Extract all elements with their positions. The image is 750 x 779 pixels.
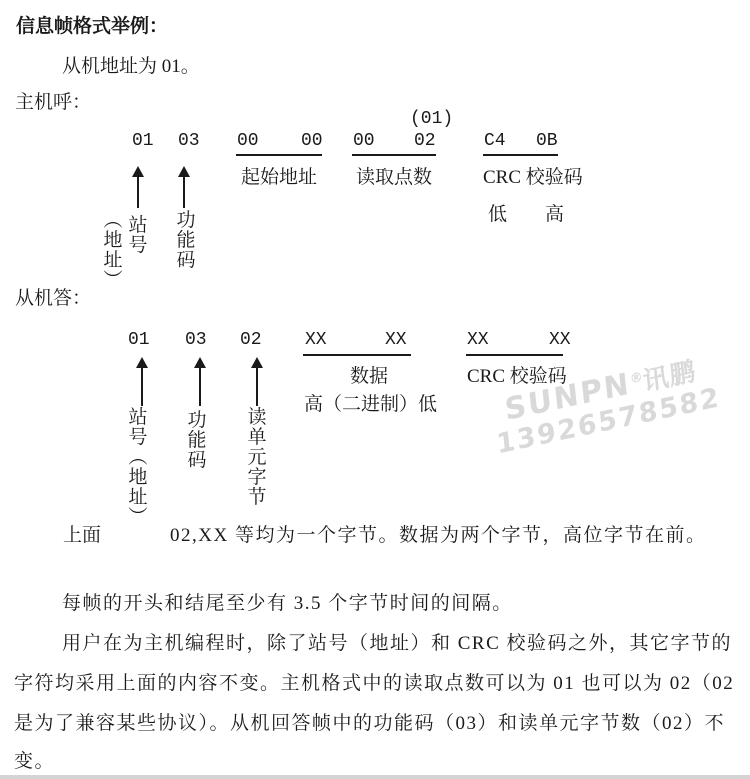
watermark: SUNPN®讯鹏 13926578582 xyxy=(503,346,722,458)
master-crc-label: CRC 校验码 xyxy=(483,167,583,188)
up-arrow-icon xyxy=(141,367,143,406)
up-arrow-icon xyxy=(137,176,139,208)
document-page: 信息帧格式举例： 从机地址为 01。 主机呼： (01) 01 03 00 00… xyxy=(0,0,750,779)
master-byte-function: 03 xyxy=(178,131,200,151)
master-alt-point-count: (01) xyxy=(410,109,453,129)
slave-byte-address: 01 xyxy=(128,330,150,350)
intro-line: 从机地址为 01。 xyxy=(62,56,200,78)
slave-byte-count: 02 xyxy=(240,330,262,350)
slave-function-vertical: 功 能 码 xyxy=(184,411,210,471)
crc-low-label: 低 xyxy=(488,204,507,225)
paragraph-line: 是为了兼容某些协议）。从机回答帧中的功能码（03）和读单元字节数（02）不 xyxy=(14,713,725,735)
crc-high-label: 高 xyxy=(545,204,564,225)
master-function-vertical: 功 能 码 xyxy=(173,211,199,271)
underline-master-crc xyxy=(483,154,558,156)
master-byte-crc-low: C4 xyxy=(484,131,506,151)
up-arrow-icon xyxy=(256,367,258,406)
master-byte-start-hi: 00 xyxy=(237,131,259,151)
master-call-heading: 主机呼： xyxy=(15,92,91,114)
master-address-paren-vertical: ︵ 地 址 ︶ xyxy=(100,211,126,291)
slave-byte-crc-low: XX xyxy=(467,330,489,350)
master-byte-count-lo: 02 xyxy=(414,131,436,151)
paragraph-line: 字符均采用上面的内容不变。主机格式中的读取点数可以为 01 也可以为 02（02 xyxy=(14,673,734,695)
above-label: 上面 xyxy=(63,525,101,547)
slave-byte-data-lo: XX xyxy=(385,330,407,350)
start-address-label: 起始地址 xyxy=(241,167,317,188)
master-byte-address: 01 xyxy=(132,131,154,151)
byte-order-note: 高（二进制）低 xyxy=(304,394,437,415)
master-station-vertical: 站 号 xyxy=(125,216,151,256)
underline-start-address xyxy=(236,154,322,156)
underline-point-count xyxy=(352,154,436,156)
slave-byte-function: 03 xyxy=(185,330,207,350)
up-arrow-icon xyxy=(199,367,201,406)
point-count-label: 读取点数 xyxy=(356,167,432,188)
slave-byte-data-hi: XX xyxy=(305,330,327,350)
paragraph-line: 用户在为主机编程时，除了站号（地址）和 CRC 校验码之外，其它字节的 xyxy=(62,633,732,655)
master-byte-start-lo: 00 xyxy=(301,131,323,151)
page-title: 信息帧格式举例： xyxy=(16,16,168,38)
slave-answer-heading: 从机答： xyxy=(15,288,91,310)
slave-read-unit-vertical: 读 单 元 字 节 xyxy=(244,408,270,508)
page-bottom-edge xyxy=(0,775,750,779)
paragraph-line: 变。 xyxy=(14,751,55,773)
slave-station-addr-vertical: 站 号 ︵ 地 址 ︶ xyxy=(125,408,151,528)
master-byte-count-hi: 00 xyxy=(353,131,375,151)
slave-byte-crc-high: XX xyxy=(549,330,571,350)
underline-slave-crc xyxy=(466,354,563,356)
above-note: 02,XX 等均为一个字节。数据为两个字节，高位字节在前。 xyxy=(170,525,706,547)
paragraph-interval: 每帧的开头和结尾至少有 3.5 个字节时间的间隔。 xyxy=(62,593,513,615)
master-byte-crc-high: 0B xyxy=(536,131,558,151)
underline-data xyxy=(303,354,411,356)
data-label: 数据 xyxy=(350,366,388,387)
up-arrow-icon xyxy=(183,176,185,208)
